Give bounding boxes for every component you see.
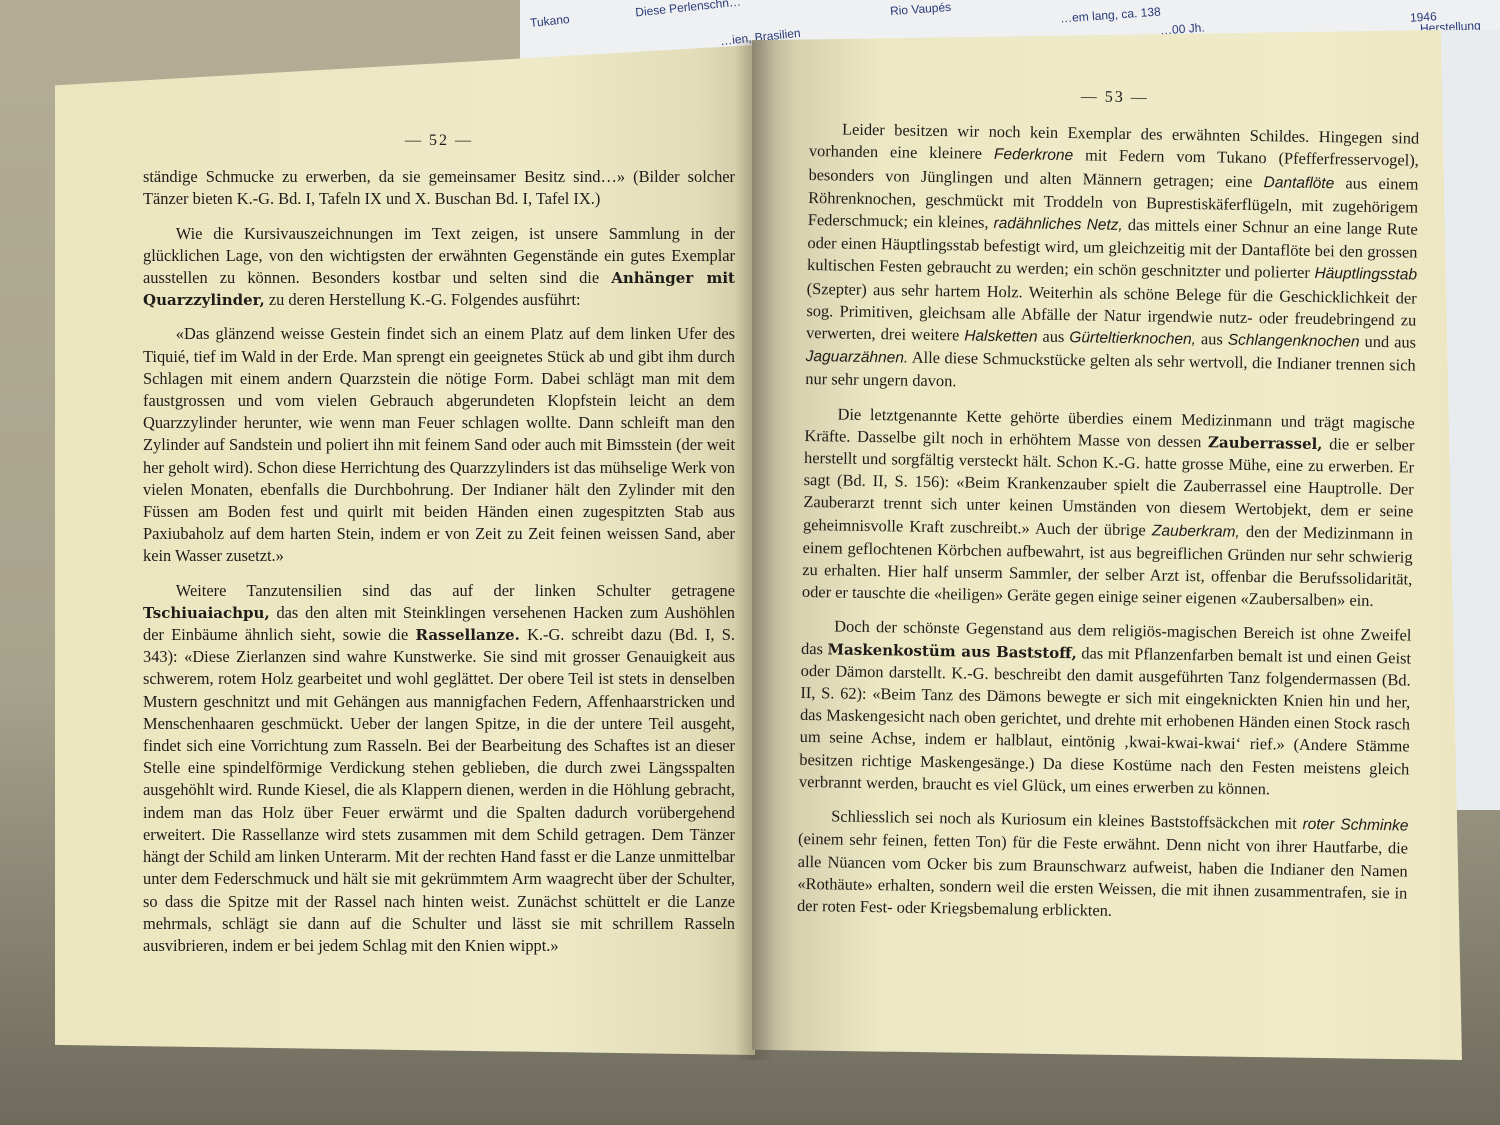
left-page: — 52 — ständige Schmucke zu erwerben, da… [55, 45, 755, 1055]
italic-term: Schlangenknochen [1228, 332, 1360, 351]
paragraph: Schliesslich sei noch als Kuriosum ein k… [797, 805, 1409, 927]
page-number: — 53 — [810, 82, 1420, 114]
italic-term: Häuptlingsstab [1314, 265, 1417, 284]
italic-term: Gürteltierknochen, [1069, 329, 1196, 348]
bold-term: Zauberrassel, [1208, 433, 1323, 453]
paragraph: Weitere Tanzutensilien sind das auf der … [143, 580, 735, 957]
paragraph: Wie die Kursivauszeichnungen im Text zei… [143, 223, 735, 312]
italic-term: radähnliches Netz, [993, 215, 1123, 234]
backsheet-text: …em lang, ca. 138 [1060, 5, 1161, 26]
backsheet-text: Diese Perlenschn… [635, 0, 742, 20]
paragraph: Doch der schönste Gegenstand aus dem rel… [799, 615, 1412, 802]
italic-term: Dantaflöte [1263, 174, 1334, 192]
bold-term: Maskenkostüm aus Baststoff, [827, 640, 1077, 662]
page-number: — 52 — [143, 130, 735, 152]
right-paragraphs: Leider besitzen wir noch kein Exemplar d… [797, 118, 1419, 926]
backsheet-text: Rio Vaupés [890, 0, 952, 18]
italic-term: Federkrone [994, 146, 1074, 164]
right-page: — 53 — Leider besitzen wir noch kein Exe… [752, 30, 1462, 1060]
italic-term: Zauberkram, [1152, 522, 1240, 540]
italic-term: roter Schminke [1302, 816, 1408, 835]
bold-term: Tschiuaiachpu, [143, 604, 270, 622]
left-page-text: — 52 — ständige Schmucke zu erwerben, da… [143, 130, 735, 969]
bold-term: Rassellanze. [416, 626, 520, 644]
paragraph: Die letztgenannte Kette gehörte überdies… [802, 403, 1415, 613]
left-paragraphs: ständige Schmucke zu erwerben, da sie ge… [143, 166, 735, 957]
book-gutter [735, 40, 775, 1060]
paragraph: Leider besitzen wir noch kein Exemplar d… [805, 118, 1419, 400]
paragraph: «Das glänzend weisse Gestein findet sich… [143, 323, 735, 567]
italic-term: Jaguarzähnen. [806, 348, 909, 367]
backsheet-text: Tukano [529, 12, 570, 30]
paragraph: ständige Schmucke zu erwerben, da sie ge… [143, 166, 735, 210]
right-page-text: — 53 — Leider besitzen wir noch kein Exe… [797, 82, 1420, 939]
bold-term: Anhänger mit Quarzzylinder, [143, 269, 735, 309]
italic-term: Halsketten [964, 327, 1037, 345]
